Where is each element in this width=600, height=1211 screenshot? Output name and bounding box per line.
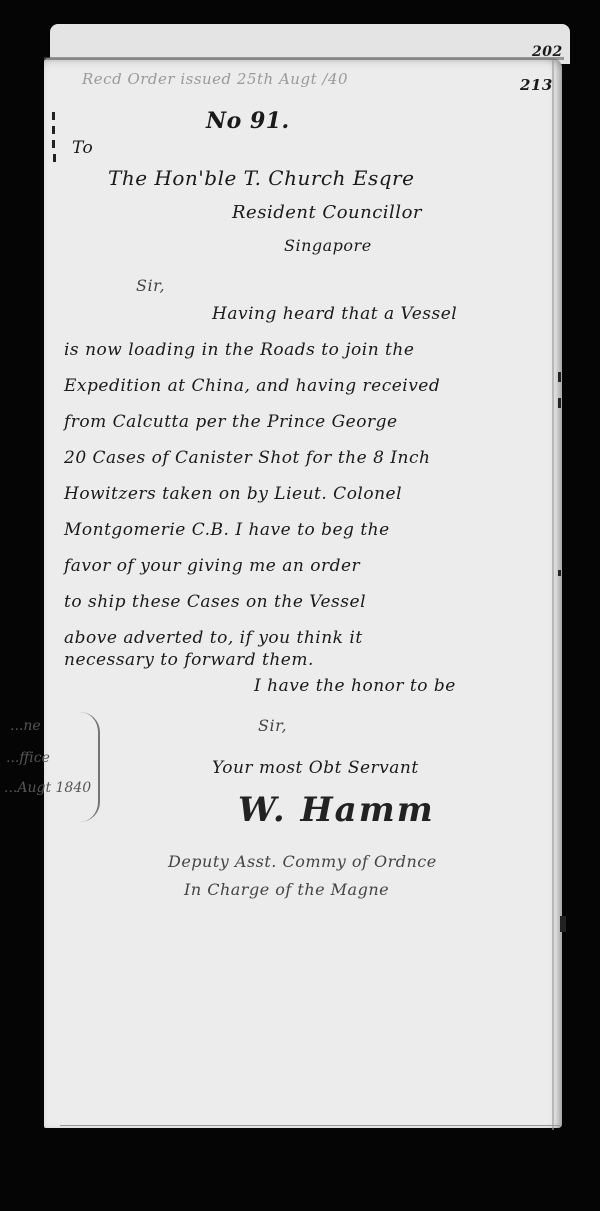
addressee-location: Singapore bbox=[284, 236, 372, 255]
closing-sir: Sir, bbox=[258, 716, 287, 735]
body-line: Expedition at China, and having received bbox=[64, 376, 440, 396]
margin-note-line2: ...ffice bbox=[6, 750, 50, 766]
margin-tick bbox=[52, 126, 55, 134]
signature-title-line2: In Charge of the Magne bbox=[184, 880, 389, 899]
salutation-to: To bbox=[72, 138, 93, 158]
closing-servant: Your most Obt Servant bbox=[212, 758, 419, 778]
letter-number: No 91. bbox=[206, 108, 290, 134]
greeting: Sir, bbox=[136, 276, 165, 295]
body-line: above adverted to, if you think it bbox=[64, 628, 363, 648]
bottom-edge bbox=[60, 1125, 560, 1126]
margin-brace bbox=[80, 712, 100, 822]
edge-mark bbox=[558, 570, 561, 576]
folio-number-top: 202 bbox=[532, 44, 563, 60]
fold-line bbox=[44, 57, 564, 60]
signature: W. Hamm bbox=[238, 790, 435, 830]
body-line: to ship these Cases on the Vessel bbox=[64, 592, 366, 612]
margin-tick bbox=[52, 140, 55, 148]
body-line: Having heard that a Vessel bbox=[212, 304, 457, 324]
right-margin-line bbox=[552, 60, 554, 1130]
body-line: necessary to forward them. bbox=[64, 650, 314, 670]
edge-mark bbox=[560, 916, 566, 932]
body-line: Howitzers taken on by Lieut. Colonel bbox=[64, 484, 402, 504]
docket-note: Recd Order issued 25th Augt /40 bbox=[82, 70, 348, 88]
body-line: favor of your giving me an order bbox=[64, 556, 360, 576]
body-line: Montgomerie C.B. I have to beg the bbox=[64, 520, 390, 540]
edge-mark bbox=[558, 398, 561, 408]
margin-tick bbox=[53, 154, 56, 162]
signature-title-line1: Deputy Asst. Commy of Ordnce bbox=[168, 852, 437, 871]
body-line: is now loading in the Roads to join the bbox=[64, 340, 414, 360]
edge-mark bbox=[558, 372, 561, 382]
folio-number-bottom: 213 bbox=[520, 76, 553, 94]
addressee-title: Resident Councillor bbox=[232, 202, 422, 223]
closing-line: I have the honor to be bbox=[254, 676, 456, 696]
body-line: 20 Cases of Canister Shot for the 8 Inch bbox=[64, 448, 430, 468]
addressee-name: The Hon'ble T. Church Esqre bbox=[108, 166, 414, 190]
margin-note-line1: ...ne bbox=[10, 718, 41, 734]
margin-note-line3: ...Augt 1840 bbox=[4, 780, 91, 796]
body-line: from Calcutta per the Prince George bbox=[64, 412, 398, 432]
margin-tick bbox=[52, 112, 55, 120]
